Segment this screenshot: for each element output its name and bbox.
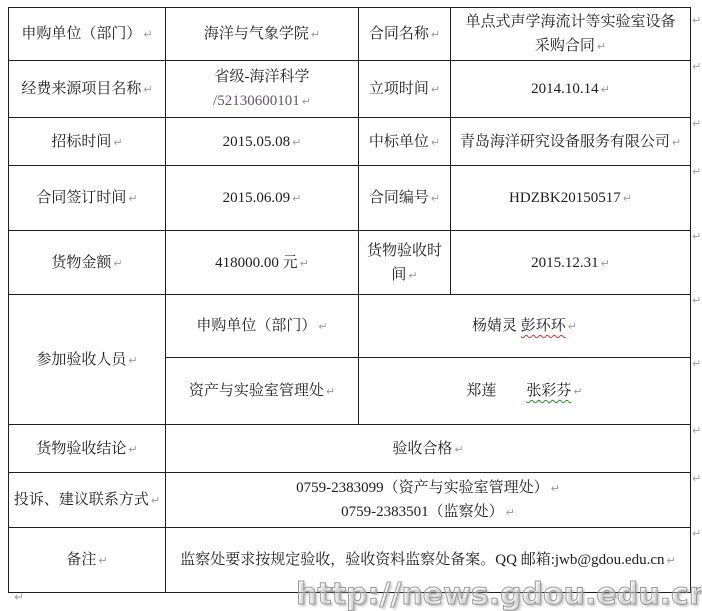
document-page: 申购单位（部门）↵ 海洋与气象学院↵ 合同名称↵ 单点式声学海流计等实验室设备 … — [0, 0, 702, 611]
complaint-contact-value: 0759-2383099（资产与实验室管理处）↵0759-2383501（监察处… — [166, 473, 691, 528]
bidding-date-value: 2015.05.08↵ — [166, 118, 359, 166]
contract-sign-date-label: 合同签订时间↵ — [9, 166, 166, 231]
paragraph-mark-icon: ↵ — [431, 28, 440, 41]
purchasing-unit-label: 申购单位（部门）↵ — [9, 8, 166, 61]
paragraph-mark-icon: ↵ — [302, 95, 311, 108]
table-row: 参加验收人员↵ 申购单位（部门）↵ 杨婧灵 彭环环↵ — [9, 295, 691, 358]
paragraph-mark-icon: ↵ — [311, 28, 320, 41]
table-row: 货物验收结论↵ 验收合格↵ — [9, 425, 691, 473]
paragraph-mark-icon: ↵ — [551, 482, 560, 495]
participants-dept-label: 申购单位（部门）↵ — [166, 295, 359, 358]
contract-name-label: 合同名称↵ — [359, 8, 451, 61]
paragraph-mark-icon: ↵ — [431, 136, 440, 149]
paragraph-mark-icon: ↵ — [292, 136, 301, 149]
table-row: 经费来源项目名称↵ 省级-海洋科学/52130600101↵ 立项时间↵ 201… — [9, 61, 691, 118]
row-end-mark-icon: ↵ — [692, 473, 701, 484]
acceptance-conclusion-label: 货物验收结论↵ — [9, 425, 166, 473]
paragraph-mark-icon: ↵ — [601, 83, 610, 96]
participants-asset-office-label: 资产与实验室管理处↵ — [166, 358, 359, 425]
project-approval-date-label: 立项时间↵ — [359, 61, 451, 118]
table-row: 申购单位（部门）↵ 海洋与气象学院↵ 合同名称↵ 单点式声学海流计等实验室设备 … — [9, 8, 691, 61]
contract-number-label: 合同编号↵ — [359, 166, 451, 231]
paragraph-mark-icon: ↵ — [672, 136, 681, 149]
row-end-mark-icon: ↵ — [692, 528, 701, 539]
paragraph-mark-icon: ↵ — [98, 554, 107, 567]
paragraph-mark-icon: ↵ — [431, 192, 440, 205]
paragraph-mark-icon: ↵ — [113, 136, 122, 149]
paragraph-mark-icon: ↵ — [128, 192, 137, 205]
paragraph-mark-icon: ↵ — [14, 591, 24, 603]
paragraph-mark-icon: ↵ — [601, 257, 610, 270]
contract-number-value: HDZBK20150517↵ — [451, 166, 691, 231]
funding-source-value: 省级-海洋科学/52130600101↵ — [166, 61, 359, 118]
paragraph-mark-icon: ↵ — [128, 354, 137, 367]
table-row: 合同签订时间↵ 2015.06.09↵ 合同编号↵ HDZBK20150517↵ — [9, 166, 691, 231]
goods-amount-value: 418000.00 元↵ — [166, 231, 359, 295]
row-end-mark-icon: ↵ — [692, 118, 701, 129]
row-end-mark-icon: ↵ — [692, 425, 701, 436]
row-end-mark-icon: ↵ — [692, 358, 701, 369]
remarks-label: 备注↵ — [9, 528, 166, 593]
participants-asset-names: 郑莲 张彩芬↵ — [359, 358, 691, 425]
paragraph-mark-icon: ↵ — [454, 443, 463, 456]
spellcheck-flagged-name: 彭环环 — [521, 318, 566, 334]
paragraph-mark-icon: ↵ — [431, 83, 440, 96]
paragraph-mark-icon: ↵ — [151, 494, 160, 507]
acceptance-form-table: 申购单位（部门）↵ 海洋与气象学院↵ 合同名称↵ 单点式声学海流计等实验室设备 … — [8, 7, 691, 593]
winning-bidder-value: 青岛海洋研究设备服务有限公司↵ — [451, 118, 691, 166]
acceptance-participants-label: 参加验收人员↵ — [9, 295, 166, 425]
complaint-contact-label: 投诉、建议联系方式↵ — [9, 473, 166, 528]
table-row: 货物金额↵ 418000.00 元↵ 货物验收时间↵ 2015.12.31↵ — [9, 231, 691, 295]
paragraph-mark-icon: ↵ — [292, 192, 301, 205]
contract-name-value: 单点式声学海流计等实验室设备 采购合同↵ — [451, 8, 691, 61]
site-watermark: http://news.gdou.edu.cn — [296, 571, 702, 611]
paragraph-mark-icon: ↵ — [408, 269, 417, 282]
goods-acceptance-date-label: 货物验收时间↵ — [359, 231, 451, 295]
funding-project-code: /52130600101 — [213, 93, 300, 109]
funding-source-label: 经费来源项目名称↵ — [9, 61, 166, 118]
row-end-mark-icon: ↵ — [692, 295, 701, 306]
paragraph-mark-icon: ↵ — [568, 320, 577, 333]
participants-dept-names: 杨婧灵 彭环环↵ — [359, 295, 691, 358]
paragraph-mark-icon: ↵ — [143, 28, 152, 41]
goods-amount-label: 货物金额↵ — [9, 231, 166, 295]
paragraph-mark-icon: ↵ — [326, 385, 335, 398]
paragraph-mark-icon: ↵ — [128, 443, 137, 456]
table-row: 投诉、建议联系方式↵ 0759-2383099（资产与实验室管理处）↵0759-… — [9, 473, 691, 528]
contract-sign-date-value: 2015.06.09↵ — [166, 166, 359, 231]
row-end-mark-icon: ↵ — [692, 15, 701, 26]
paragraph-mark-icon: ↵ — [573, 385, 582, 398]
paragraph-mark-icon: ↵ — [143, 83, 152, 96]
table-row: 招标时间↵ 2015.05.08↵ 中标单位↵ 青岛海洋研究设备服务有限公司↵ — [9, 118, 691, 166]
acceptance-conclusion-value: 验收合格↵ — [166, 425, 691, 473]
paragraph-mark-icon: ↵ — [113, 257, 122, 270]
grammar-flagged-name: 张彩芬 — [526, 383, 571, 399]
purchasing-unit-value: 海洋与气象学院↵ — [166, 8, 359, 61]
bidding-date-label: 招标时间↵ — [9, 118, 166, 166]
project-approval-date-value: 2014.10.14↵ — [451, 61, 691, 118]
paragraph-mark-icon: ↵ — [300, 257, 309, 270]
row-end-mark-icon: ↵ — [692, 61, 701, 72]
paragraph-mark-icon: ↵ — [318, 320, 327, 333]
paragraph-mark-icon: ↵ — [597, 40, 606, 53]
paragraph-mark-icon: ↵ — [667, 554, 676, 567]
paragraph-mark-icon: ↵ — [623, 192, 632, 205]
row-end-mark-icon: ↵ — [692, 231, 701, 242]
goods-acceptance-date-value: 2015.12.31↵ — [451, 231, 691, 295]
paragraph-mark-icon: ↵ — [506, 506, 515, 519]
row-end-mark-icon: ↵ — [692, 166, 701, 177]
winning-bidder-label: 中标单位↵ — [359, 118, 451, 166]
